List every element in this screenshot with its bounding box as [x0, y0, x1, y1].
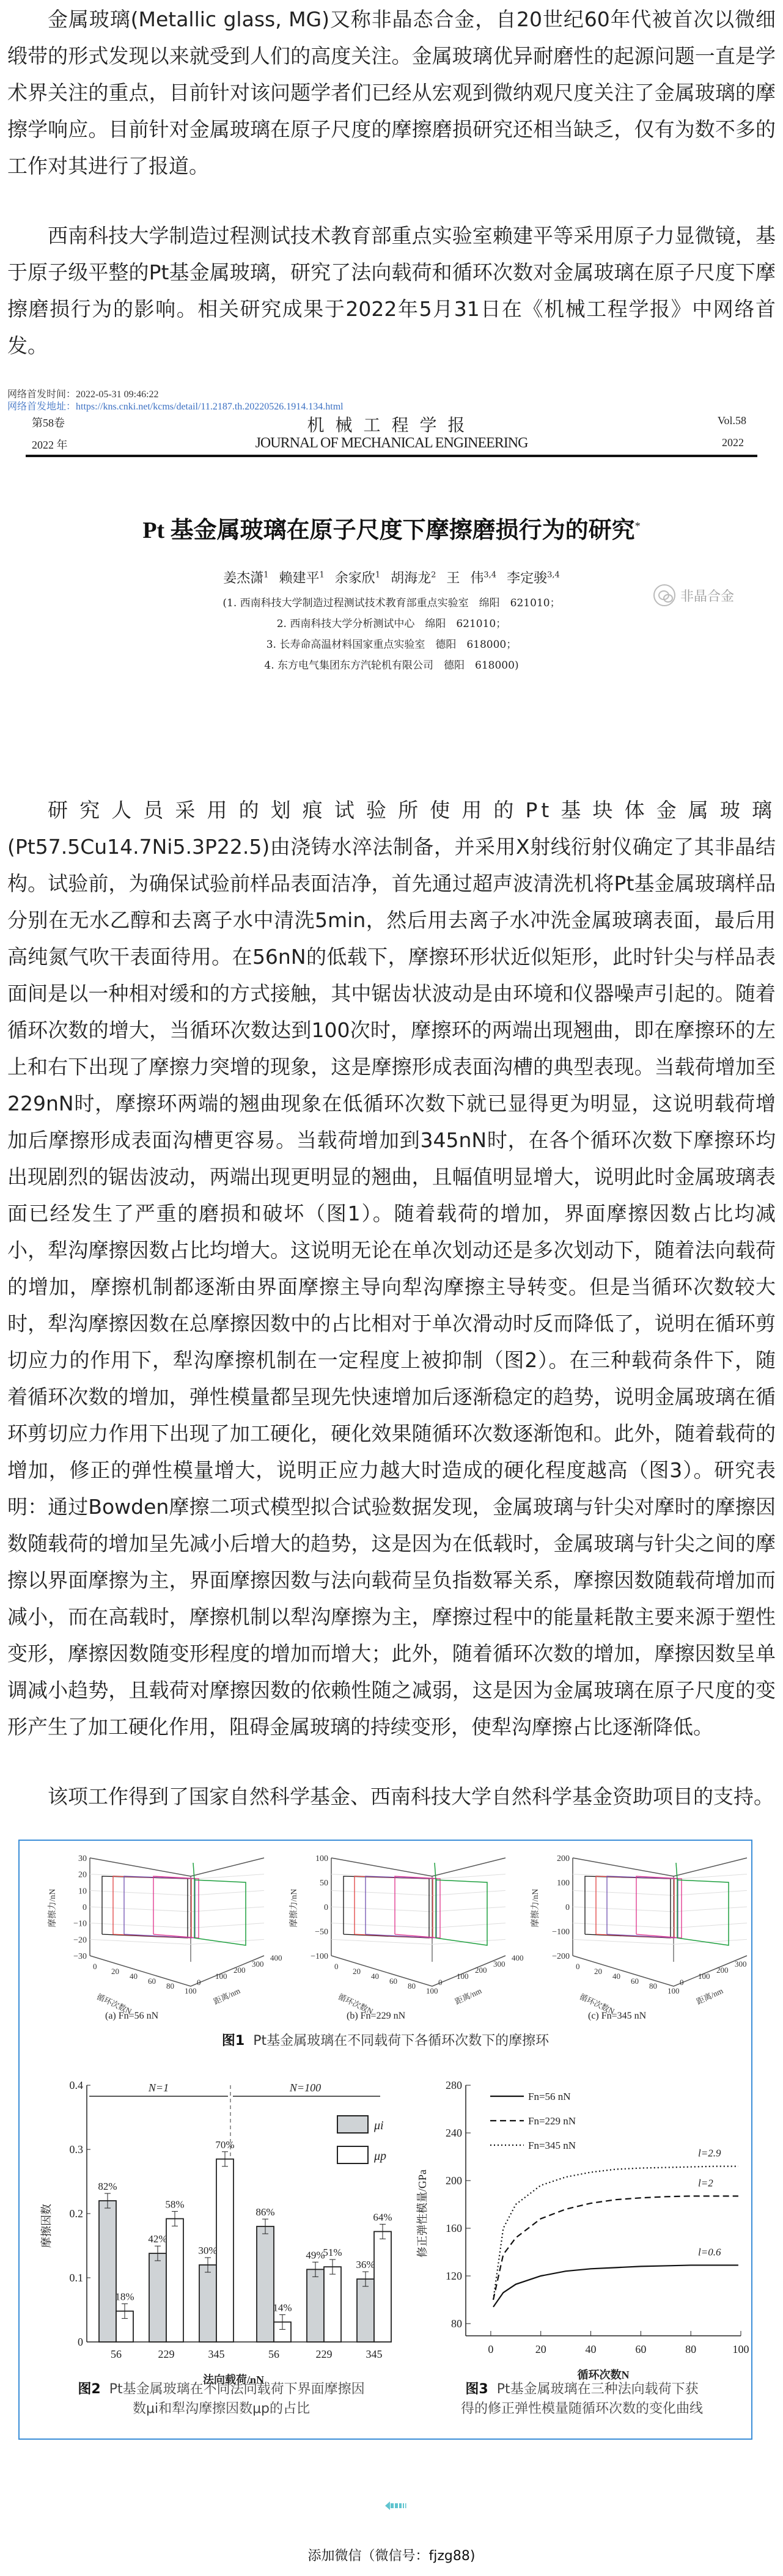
svg-text:160: 160	[446, 2222, 462, 2234]
svg-text:0.4: 0.4	[70, 2079, 84, 2091]
svg-text:0: 0	[324, 1903, 328, 1912]
svg-text:300: 300	[493, 1959, 505, 1969]
svg-text:56: 56	[268, 2348, 279, 2360]
svg-text:100: 100	[557, 1879, 570, 1888]
figure1-caption: 图1Pt基金属玻璃在不同载荷下各循环次数下的摩擦环	[20, 2030, 751, 2049]
svg-text:200: 200	[557, 1854, 570, 1863]
journal-name-en: JOURNAL OF MECHANICAL ENGINEERING	[26, 435, 757, 452]
svg-text:−30: −30	[73, 1952, 87, 1961]
svg-text:摩擦因数: 摩擦因数	[40, 2204, 53, 2248]
svg-text:60: 60	[389, 1976, 397, 1986]
svg-text:0.1: 0.1	[70, 2272, 84, 2284]
svg-text:距离/nm: 距离/nm	[212, 1986, 241, 2006]
author: 胡海龙2	[391, 571, 436, 586]
svg-text:10: 10	[78, 1887, 87, 1896]
journal-header: 第58卷 2022 年 机械工程学报 JOURNAL OF MECHANICAL…	[26, 414, 757, 457]
research-paragraph: 研究人员采用的划痕试验所使用的Pt基块体金属玻璃(Pt57.5Cu14.7Ni5…	[0, 792, 783, 1745]
svg-text:200: 200	[233, 1965, 246, 1975]
svg-text:200: 200	[716, 1965, 729, 1975]
svg-text:μp: μp	[373, 2149, 386, 2163]
wechat-watermark: 非晶合金	[653, 584, 734, 606]
svg-text:345: 345	[366, 2348, 383, 2360]
svg-text:−100: −100	[552, 1928, 570, 1937]
funding-paragraph: 该项工作得到了国家自然科学基金、西南科技大学自然科学基金资助项目的支持。	[0, 1778, 783, 1815]
svg-text:0: 0	[488, 2343, 493, 2355]
svg-text:μi: μi	[373, 2119, 384, 2132]
intro-paragraph-1: 金属玻璃(Metallic glass, MG)又称非晶态合金，自20世纪60年…	[0, 0, 783, 185]
svg-text:86%: 86%	[255, 2206, 274, 2218]
figure1b-label: (b) Fn=229 nN	[347, 2011, 405, 2022]
intro-paragraph-2: 西南科技大学制造过程测试技术教育部重点实验室赖建平等采用原子力显微镜，基于原子级…	[0, 218, 783, 364]
svg-text:0: 0	[334, 1962, 339, 1971]
svg-text:100: 100	[667, 1986, 680, 1995]
svg-text:摩擦力/nN: 摩擦力/nN	[289, 1889, 299, 1928]
figure1c-label: (c) Fn=345 nN	[588, 2011, 646, 2022]
svg-text:0: 0	[78, 2336, 83, 2348]
svg-text:100: 100	[185, 1986, 197, 1995]
svg-text:l=0.6: l=0.6	[698, 2246, 721, 2258]
affiliation: 2. 西南科技大学分析测试中心 绵阳 621010；	[0, 614, 783, 634]
svg-text:229: 229	[316, 2348, 333, 2360]
volume-en: Vol.58	[718, 414, 746, 427]
svg-text:240: 240	[446, 2127, 462, 2139]
svg-text:42%: 42%	[148, 2233, 167, 2245]
svg-text:Fn=345 nN: Fn=345 nN	[528, 2140, 576, 2151]
svg-text:70%: 70%	[215, 2139, 234, 2151]
svg-text:400: 400	[270, 1953, 282, 1962]
svg-text:49%: 49%	[306, 2249, 325, 2261]
svg-text:摩擦力/nN: 摩擦力/nN	[530, 1889, 540, 1928]
author: 李定骏3,4	[507, 571, 560, 586]
svg-text:60: 60	[631, 1976, 639, 1986]
svg-text:−20: −20	[73, 1936, 87, 1945]
svg-text:0: 0	[438, 1978, 443, 1987]
svg-text:修正弹性模量/GPa: 修正弹性模量/GPa	[416, 2170, 428, 2258]
svg-text:−50: −50	[315, 1928, 328, 1937]
svg-text:100: 100	[457, 1972, 469, 1981]
svg-text:40: 40	[586, 2343, 597, 2355]
svg-text:0: 0	[83, 1903, 87, 1912]
svg-text:40: 40	[371, 1972, 379, 1981]
svg-text:80: 80	[166, 1981, 174, 1991]
article-page: 金属玻璃(Metallic glass, MG)又称非晶态合金，自20世纪60年…	[0, 0, 783, 2440]
figure1-friction-loops: 3020100−10−20−30摩擦力/nN020406080100010020…	[20, 1841, 751, 2018]
svg-text:20: 20	[78, 1871, 87, 1880]
svg-text:0: 0	[680, 1978, 684, 1987]
svg-text:100: 100	[733, 2343, 749, 2355]
wechat-icon	[653, 584, 675, 606]
svg-text:N=100: N=100	[289, 2082, 321, 2094]
svg-text:51%: 51%	[323, 2247, 342, 2258]
svg-text:100: 100	[698, 1972, 710, 1981]
svg-text:0: 0	[576, 1962, 580, 1971]
svg-text:14%: 14%	[273, 2302, 292, 2313]
svg-text:30: 30	[78, 1854, 87, 1863]
figure1a-label: (a) Fn=56 nN	[105, 2011, 158, 2022]
author: 姜杰潇1	[223, 571, 268, 586]
svg-text:82%: 82%	[98, 2181, 117, 2192]
svg-text:200: 200	[475, 1965, 487, 1975]
paper-title: Pt 基金属玻璃在原子尺度下摩擦磨损行为的研究*	[0, 511, 783, 545]
figure3-caption: 图3Pt基金属玻璃在三种法向载荷下获得的修正弹性模量随循环次数的变化曲线	[411, 2380, 753, 2419]
svg-text:80: 80	[685, 2343, 696, 2355]
svg-text:229: 229	[158, 2348, 175, 2360]
svg-text:60: 60	[635, 2343, 646, 2355]
author: 余家欣1	[335, 571, 380, 586]
svg-text:距离/nm: 距离/nm	[695, 1986, 724, 2006]
svg-text:l=2: l=2	[698, 2177, 713, 2189]
svg-text:N=1: N=1	[148, 2082, 169, 2094]
svg-text:40: 40	[612, 1972, 620, 1981]
svg-text:36%: 36%	[356, 2259, 375, 2270]
title-footnote-mark: *	[635, 519, 641, 532]
svg-text:l=2.9: l=2.9	[698, 2148, 721, 2159]
svg-text:20: 20	[111, 1967, 119, 1976]
figure2-bar-chart: 00.10.20.30.4摩擦因数N=1N=10082%18%5642%58%2…	[20, 2073, 399, 2415]
svg-text:80: 80	[451, 2317, 462, 2330]
svg-text:200: 200	[446, 2174, 462, 2187]
svg-text:100: 100	[215, 1972, 227, 1981]
author: 赖建平1	[279, 571, 325, 586]
svg-text:50: 50	[320, 1879, 328, 1888]
svg-text:280: 280	[446, 2079, 462, 2091]
svg-text:58%: 58%	[165, 2198, 184, 2210]
svg-text:20: 20	[353, 1967, 361, 1976]
svg-text:56: 56	[111, 2348, 122, 2360]
svg-text:20: 20	[594, 1967, 602, 1976]
journal-name-cn: 机械工程学报	[26, 412, 757, 436]
wechat-contact: 添加微信（微信号：fjzg88)	[0, 2545, 783, 2564]
svg-text:345: 345	[208, 2348, 225, 2360]
svg-text:摩擦力/nN: 摩擦力/nN	[47, 1889, 57, 1928]
svg-text:80: 80	[408, 1981, 416, 1991]
figures-image: 3020100−10−20−30摩擦力/nN020406080100010020…	[18, 1840, 752, 2440]
svg-text:120: 120	[446, 2270, 462, 2282]
svg-text:−200: −200	[552, 1952, 570, 1961]
year-en: 2022	[722, 436, 744, 449]
svg-text:0: 0	[565, 1903, 570, 1912]
online-publication-info: 网络首发时间：2022-05-31 09:46:22 网络首发地址：https:…	[0, 389, 783, 413]
online-url-link[interactable]: 网络首发地址：https://kns.cnki.net/kcms/detail/…	[7, 401, 783, 413]
svg-text:80: 80	[649, 1981, 657, 1991]
svg-text:30%: 30%	[198, 2245, 217, 2256]
svg-text:0.3: 0.3	[70, 2143, 84, 2156]
svg-text:0.2: 0.2	[70, 2207, 84, 2220]
svg-text:300: 300	[735, 1959, 747, 1969]
svg-text:Fn=56 nN: Fn=56 nN	[528, 2091, 571, 2102]
figure3-line-chart: 80120160200240280020406080100循环次数N修正弹性模量…	[411, 2073, 753, 2415]
svg-text:−10: −10	[73, 1920, 87, 1929]
affiliation: 3. 长寿命高温材料国家重点实验室 德阳 618000；	[0, 634, 783, 655]
svg-text:100: 100	[315, 1854, 328, 1863]
svg-text:距离/nm: 距离/nm	[454, 1986, 483, 2006]
svg-text:20: 20	[535, 2343, 546, 2355]
online-time: 网络首发时间：2022-05-31 09:46:22	[7, 389, 783, 401]
svg-text:60: 60	[148, 1976, 156, 1986]
svg-text:18%: 18%	[115, 2291, 134, 2303]
svg-text:−100: −100	[311, 1952, 328, 1961]
svg-text:100: 100	[426, 1986, 438, 1995]
affiliation: 4. 东方电气集团东方汽轮机有限公司 德阳 618000)	[0, 655, 783, 676]
figure2-caption: 图2Pt基金属玻璃在不同法向载荷下界面摩擦因数μi和犁沟摩擦因数μp的占比	[32, 2380, 411, 2419]
svg-text:300: 300	[252, 1959, 264, 1969]
arrow-left-icon	[385, 2501, 410, 2510]
paper-header-image: 网络首发时间：2022-05-31 09:46:22 网络首发地址：https:…	[0, 389, 783, 792]
svg-text:40: 40	[130, 1972, 138, 1981]
svg-text:Fn=229 nN: Fn=229 nN	[528, 2115, 576, 2127]
author: 王 伟3,4	[446, 571, 496, 586]
svg-text:64%: 64%	[373, 2211, 392, 2223]
svg-text:循环次数N: 循环次数N	[578, 2368, 630, 2381]
svg-text:0: 0	[197, 1978, 201, 1987]
svg-text:0: 0	[93, 1962, 97, 1971]
svg-text:400: 400	[512, 1953, 524, 1962]
